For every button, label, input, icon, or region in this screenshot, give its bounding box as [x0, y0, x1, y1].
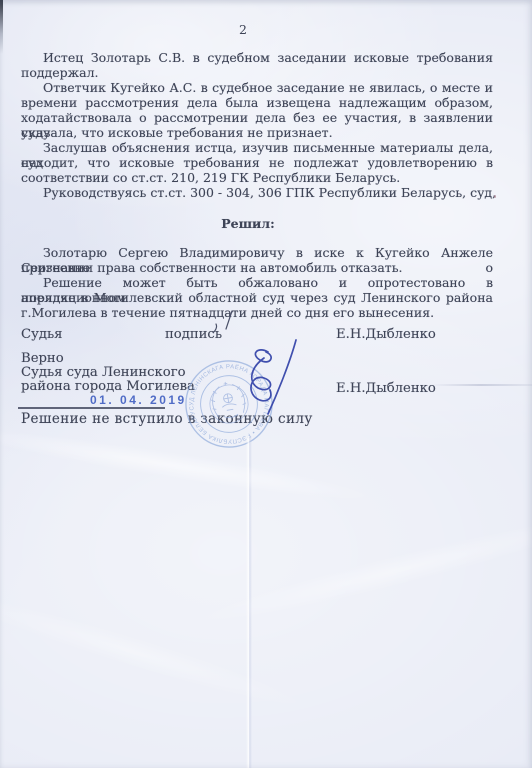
text-line: указала, что исковые требования не призн…	[21, 125, 493, 140]
paper-speck	[494, 195, 496, 198]
text-line: соответствии со ст.ст. 210, 219 ГК Респу…	[21, 170, 493, 185]
paper-fold-highlight	[183, 504, 532, 637]
decision-heading: Решил:	[12, 216, 484, 231]
paper-crease-horizontal	[430, 384, 532, 386]
scanned-court-document-page: 2 Истец Золотарь С.В. в судебном заседан…	[0, 0, 532, 768]
paper-crease-vertical	[246, 436, 252, 768]
text-line: ходатайствовала о рассмотрении дела без …	[21, 110, 493, 125]
page-number: 2	[239, 22, 247, 37]
text-line: Решение может быть обжаловано и опротест…	[21, 275, 493, 290]
text-line: Ответчик Кугейко А.С. в судебное заседан…	[21, 80, 493, 95]
text-line: поддержал.	[21, 65, 493, 80]
text-line: Заслушав объяснения истца, изучив письме…	[21, 140, 493, 155]
scan-edge-shadow	[0, 0, 3, 54]
text-line: времени рассмотрения дела была извещена …	[21, 95, 493, 110]
text-line: г.Могилева в течение пятнадцати дней со …	[21, 305, 493, 320]
judge-role-label: Судья	[21, 327, 62, 342]
certifier-title-line2: района города Могилева	[21, 380, 195, 394]
certification-verified-label: Верно	[21, 352, 64, 366]
judge-name-certification: Е.Н.Дыбленко	[336, 381, 436, 396]
certification-signature-line	[18, 407, 165, 409]
judge-name: Е.Н.Дыбленко	[336, 327, 436, 342]
text-line: порядке в Могилевский областной суд чере…	[21, 290, 493, 305]
text-line: Руководствуясь ст.ст. 300 - 304, 306 ГПК…	[21, 185, 493, 200]
judge-signature-ink	[238, 336, 308, 420]
text-line: находит, что исковые требования не подле…	[21, 155, 493, 170]
paper-fold-highlight	[0, 581, 316, 721]
text-line: Истец Золотарь С.В. в судебном заседании…	[21, 50, 493, 65]
date-stamp: 01. 04. 2019	[90, 393, 187, 407]
certifier-title-line1: Судья суда Ленинского	[21, 366, 186, 380]
document-body: Истец Золотарь С.В. в судебном заседании…	[21, 50, 493, 320]
text-line: Золотарю Сергею Владимировичу в иске к К…	[21, 245, 493, 260]
pen-marks	[202, 309, 238, 335]
